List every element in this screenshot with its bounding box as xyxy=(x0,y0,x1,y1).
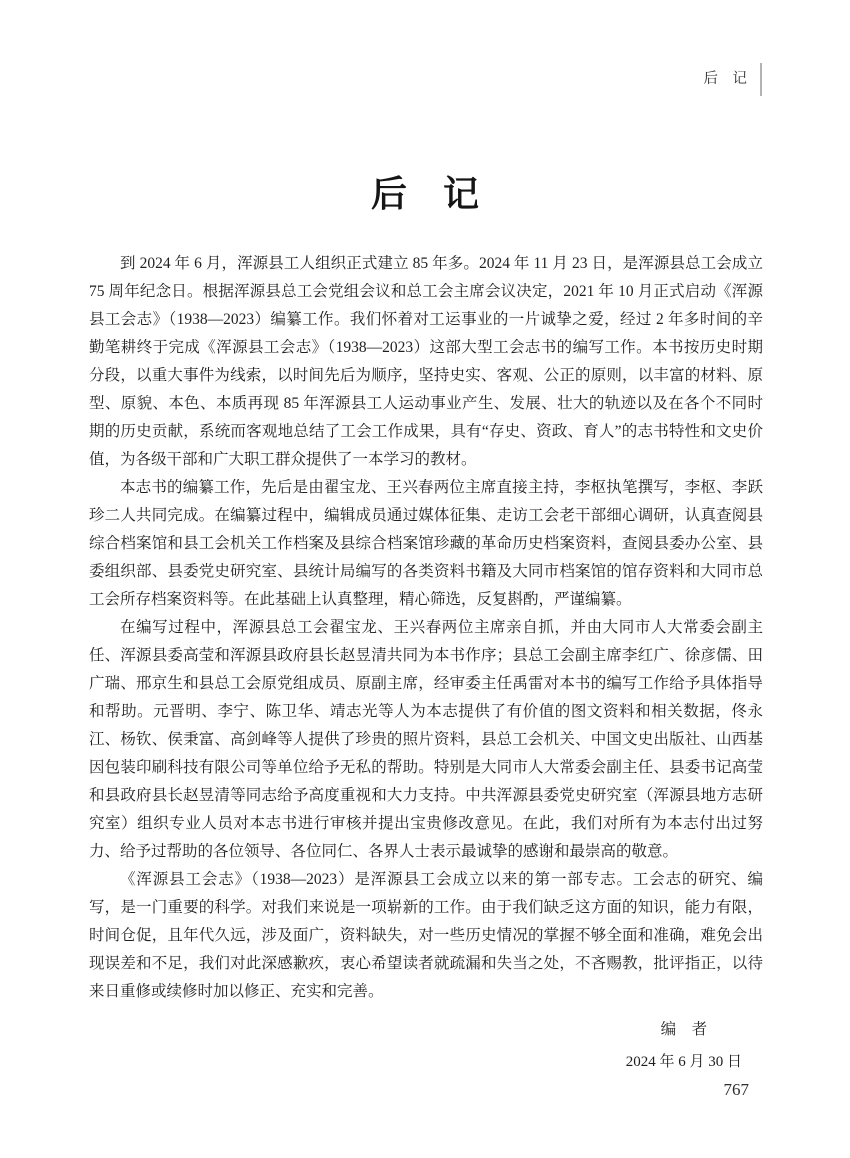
running-header: 后 记 xyxy=(704,63,763,96)
running-header-title: 后 记 xyxy=(704,72,748,87)
header-divider-rule xyxy=(760,63,762,96)
signature-date: 2024 年 6 月 30 日 xyxy=(626,1048,742,1076)
book-page: { "header": { "running_title": "后 记" }, … xyxy=(0,0,850,1158)
afterword-paragraph-3: 在编写过程中，浑源县总工会翟宝龙、王兴春两位主席亲自抓，并由大同市人大常委会副主… xyxy=(89,614,763,866)
signature-block: 编 者 2024 年 6 月 30 日 xyxy=(626,1016,742,1076)
page-title: 后 记 xyxy=(0,166,850,217)
afterword-paragraph-4: 《浑源县工会志》（1938—2023）是浑源县工会成立以来的第一部专志。工会志的… xyxy=(89,866,763,1006)
afterword-body: 到 2024 年 6 月，浑源县工人组织正式建立 85 年多。2024 年 11… xyxy=(89,250,763,1006)
signature-author: 编 者 xyxy=(626,1016,742,1044)
page-number: 767 xyxy=(724,1080,750,1100)
afterword-paragraph-1: 到 2024 年 6 月，浑源县工人组织正式建立 85 年多。2024 年 11… xyxy=(89,250,763,474)
afterword-paragraph-2: 本志书的编纂工作，先后是由翟宝龙、王兴春两位主席直接主持，李枢执笔撰写，李枢、李… xyxy=(89,474,763,614)
